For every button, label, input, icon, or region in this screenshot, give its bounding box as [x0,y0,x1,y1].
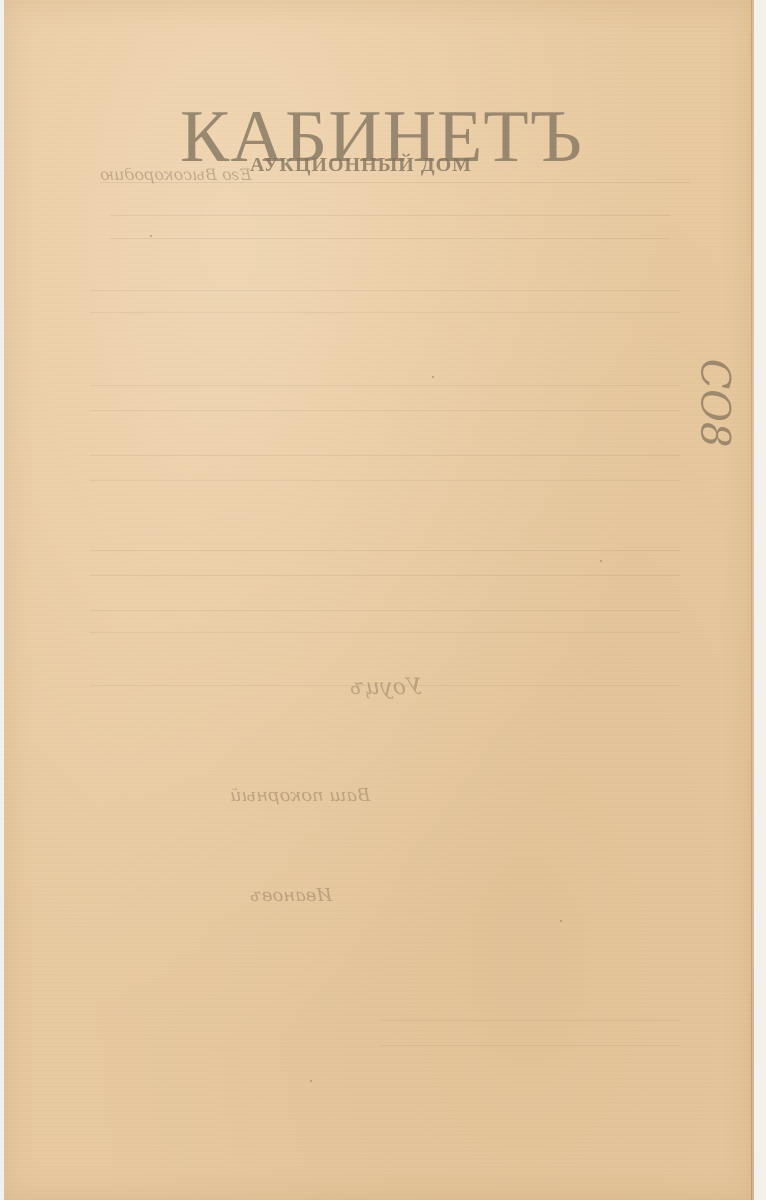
bleed-line [90,455,680,456]
bleed-line [110,215,670,216]
torn-edge [751,0,754,1200]
bleed-line [380,1045,680,1046]
bleed-line [90,575,680,576]
bleed-through-closing: Ваш покорный [230,785,370,806]
bleed-line [380,1020,680,1021]
paper-speck [432,376,434,378]
bleed-line [90,290,680,291]
auction-house-watermark: КАБИНЕТЪ АУКЦИОННЫЙ ДОМ [180,92,590,192]
watermark-subtitle: АУКЦИОННЫЙ ДОМ [250,154,472,177]
paper-speck [560,920,562,922]
bleed-line [90,385,680,386]
bleed-line [90,410,680,411]
bleed-line [110,238,670,239]
paper-speck [150,235,152,237]
bleed-line [90,550,680,551]
bleed-through-name: Ивановъ [250,885,332,906]
paper-speck [600,560,602,562]
bleed-line [90,632,680,633]
bleed-line [90,610,680,611]
bleed-through-signature: Уоуцъ [350,675,422,700]
bleed-line [90,480,680,481]
paper-speck [310,1080,312,1082]
margin-note: СО8 [691,359,737,448]
bleed-line [90,312,680,313]
